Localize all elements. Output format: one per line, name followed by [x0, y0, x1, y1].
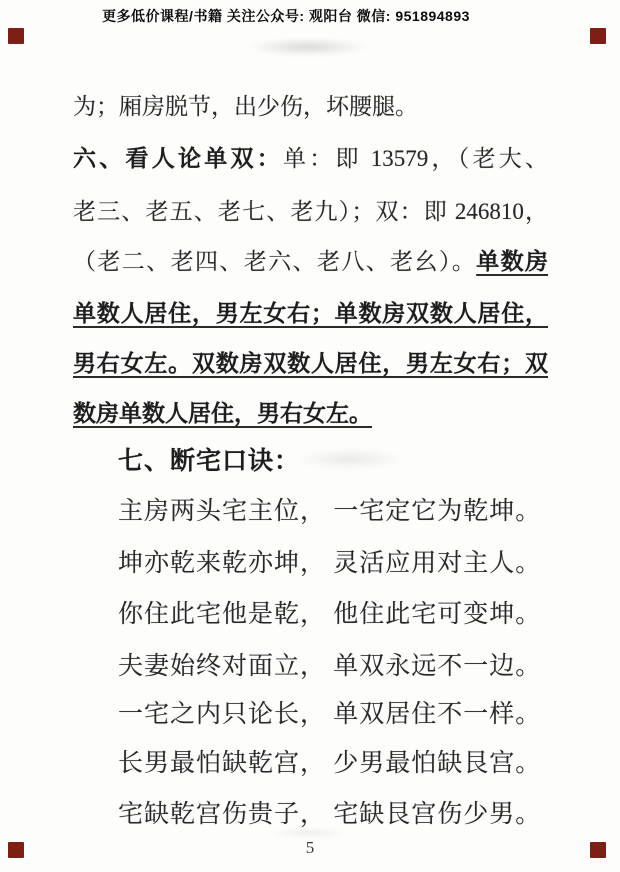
body-line-7: 数房单数人居住，男右女左。 — [73, 399, 372, 429]
body-line-2: 六、看人论单双：单：即 13579，（老大、 — [73, 144, 548, 174]
corner-mark-top-right — [590, 28, 606, 44]
verse-line-2: 坤亦乾来乾亦坤， 灵活应用对主人。 — [118, 549, 541, 579]
verse-line-7: 宅缺乾宫伤贵子， 宅缺艮宫伤少男。 — [118, 800, 541, 830]
verse-line-3: 你住此宅他是乾， 他住此宅可变坤。 — [118, 600, 541, 630]
verse-line-5: 一宅之内只论长， 单双居住不一样。 — [118, 700, 541, 730]
section-heading-7: 七、断宅口诀： — [118, 447, 300, 477]
watermark-smudge — [295, 448, 405, 470]
body-line-3: 老三、老五、老七、老九）；双：即 246810， — [73, 197, 548, 227]
body-line-3-text: 老三、老五、老七、老九）；双：即 246810， — [73, 199, 548, 224]
body-line-5: 单数人居住，男左女右；单数房双数人居住， — [73, 299, 548, 329]
body-line-6: 男右女左。双数房双数人居住，男左女右；双 — [73, 349, 548, 379]
header-note: 更多低价课程/书籍 关注公众号: 观阳台 微信: 951894893 — [0, 6, 572, 26]
verse-line-6: 长男最怕缺乾宫， 少男最怕缺艮宫。 — [118, 749, 541, 779]
document-page: 更多低价课程/书籍 关注公众号: 观阳台 微信: 951894893 为；厢房脱… — [0, 0, 620, 872]
page-number: 5 — [0, 838, 620, 858]
verse-line-4: 夫妻始终对面立， 单双永远不一边。 — [118, 652, 541, 682]
section-heading-6: 六、看人论单双： — [73, 146, 283, 171]
emphasis-underlined-text: 数房单数人居住，男右女左。 — [73, 401, 372, 426]
body-line-1: 为；厢房脱节，出少伤，坏腰腿。 — [73, 92, 418, 122]
body-line-2-text: 单：即 13579，（老大、 — [283, 146, 548, 171]
body-line-4-text: （老二、老四、老六、老八、老幺）。 — [73, 249, 476, 274]
emphasis-underlined-text: 男右女左。双数房双数人居住，男左女右；双 — [73, 351, 548, 376]
verse-line-1: 主房两头宅主位， 一宅定它为乾坤。 — [118, 497, 541, 527]
body-line-4: （老二、老四、老六、老八、老幺）。单数房 — [73, 247, 548, 277]
emphasis-underlined-text: 单数人居住，男左女右；单数房双数人居住， — [73, 301, 548, 326]
emphasis-underlined-text: 单数房 — [476, 249, 548, 274]
body-line-1-text: 为；厢房脱节，出少伤，坏腰腿。 — [73, 94, 418, 119]
watermark-smudge — [248, 38, 368, 56]
corner-mark-top-left — [8, 28, 24, 44]
